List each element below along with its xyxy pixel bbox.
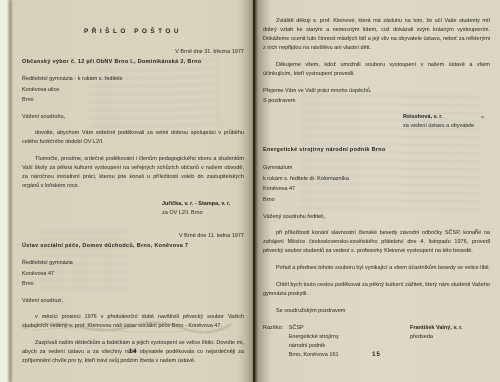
letter1-date: V Brně dne 31. března 1977 <box>22 48 244 57</box>
letter2-paragraph: v měsíci prosinci 1976 v předvánoční dob… <box>22 313 244 331</box>
signature-name: František Valný, v. r. <box>410 324 490 333</box>
letter2cont-paragraph: Zvláště děkuji s. prof. Kleinové, která … <box>263 17 490 53</box>
addressee-line: Ředitelství gymnázia - k rukám s. ředite… <box>22 75 244 84</box>
letter2-date: V Brně dne 11. ledna 1977 <box>22 232 244 241</box>
addressee-line: Gymnázium <box>263 164 490 173</box>
letter3-paragraph: Pořad a přednes tohoto souboru byl vynik… <box>263 264 490 273</box>
letter2cont-paragraph: Děkujeme všem, kdož umožnili souboru vys… <box>263 61 490 79</box>
letter2cont-closing: S pozdravem <box>263 97 490 106</box>
addressee-line: Ředitelství gymnázia <box>22 259 244 268</box>
addressee-line: Koněvova 47 <box>263 185 490 194</box>
page-edge <box>9 0 12 382</box>
addressee-line: Brno <box>22 96 244 105</box>
book-spine-shadow <box>238 0 272 382</box>
letter2cont-signature: Reisshová, v. r. za vedení ústavu a obyv… <box>403 113 490 131</box>
letter1-sender: Občanský výbor č. 12 při ObNV Brno I., D… <box>22 58 244 67</box>
signature-role: za OV L2/I. Brno <box>162 209 244 218</box>
addressee-line: Brno <box>263 196 490 205</box>
letter1-signature: Juřička, v. r. - Stampa, v. r. za OV L2/… <box>162 200 244 218</box>
stamp-line: SČSP <box>289 324 339 333</box>
letter3-paragraph: Chtěl bych touto cestou poděkovat za pěk… <box>263 281 490 299</box>
letter2-salutation: Vážení soudruzi, <box>22 297 244 306</box>
signature-name: Juřička, v. r. - Stampa, v. r. <box>162 200 244 209</box>
right-page: Zvláště děkuji s. prof. Kleinové, která … <box>263 0 490 382</box>
letter1-addressee: Ředitelství gymnázia - k rukám s. ředite… <box>22 75 244 105</box>
stamp-line: Energetické strojírny <box>289 333 339 342</box>
letter1-paragraph: Tlumočte, prosíme, srdečné poděkování i … <box>22 155 244 191</box>
scan-speck <box>481 116 484 118</box>
book-spine <box>253 0 255 382</box>
letter1-paragraph: dovolte, abychom Vám srdečně poděkovali … <box>22 129 244 147</box>
addressee-line: Koněvova 47 <box>22 270 244 279</box>
addressee-line: Koněvova ulice <box>22 86 244 95</box>
letter2-addressee: Ředitelství gymnázia Koněvova 47 Brno <box>22 259 244 289</box>
signature-role: předseda <box>410 333 490 342</box>
stamp-line: národní podnik <box>289 342 339 351</box>
addressee-line: Brno <box>22 280 244 289</box>
letter1-salutation: Vážení soudruhu, <box>22 113 244 122</box>
book-scan: PŘIŠLO POŠTOU V Brně dne 31. března 1977… <box>0 0 500 382</box>
letter2-sender: Ústav sociální péče, Domov důchodců, Brn… <box>22 242 244 251</box>
page-number-left: 14 <box>22 348 244 357</box>
letter3-paragraph: při příležitosti konání slavnostní člens… <box>263 229 490 256</box>
page-number-right: 15 <box>263 351 490 360</box>
scan-speck <box>475 229 478 231</box>
letter2cont-paragraph: Přejeme Vám ve Vaší práci mnoho úspěchů. <box>263 87 490 96</box>
addressee-line: k rukám s. ředitele dr. Kolomazníka <box>263 175 490 184</box>
signature-role: za vedení ústavu a obyvatele <box>403 122 490 131</box>
page-heading: PŘIŠLO POŠTOU <box>22 27 244 36</box>
signature-name: Reisshová, v. r. <box>403 113 490 122</box>
letter3-sender: Energetické strojírny národní podnik Brn… <box>263 146 490 155</box>
letter3-addressee: Gymnázium k rukám s. ředitele dr. Koloma… <box>263 164 490 205</box>
letter3-closing: Se soudružským pozdravem <box>263 307 490 316</box>
letter3-salutation: Vážený soudruhu řediteli, <box>263 213 490 222</box>
left-page: PŘIŠLO POŠTOU V Brně dne 31. března 1977… <box>22 0 244 382</box>
